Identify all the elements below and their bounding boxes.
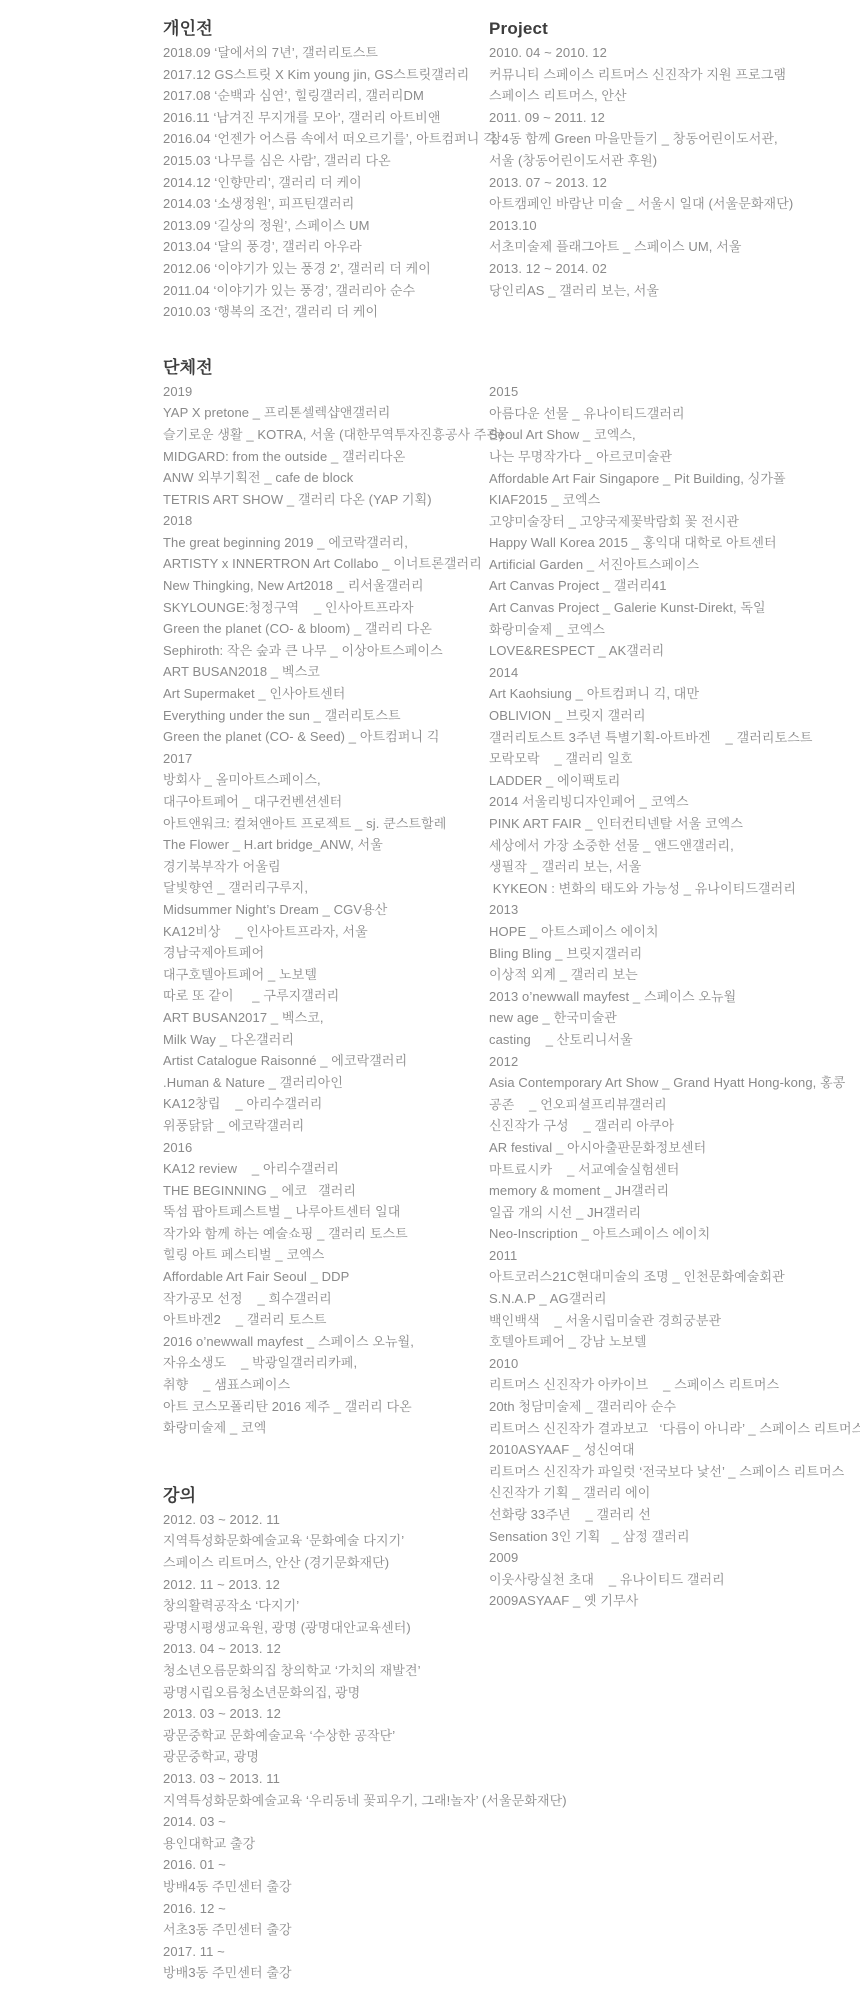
group-exhibition-entry: The great beginning 2019 _ 에코락갤러리,	[163, 532, 493, 554]
group-exhibition-entry: Artist Catalogue Raisonné _ 에코락갤러리	[163, 1050, 493, 1072]
group-exhibition-entry: 세상에서 가장 소중한 선물 _ 앤드앤갤러리,	[489, 835, 854, 857]
group-exhibition-entry: 2016 o’newwall mayfest _ 스페이스 오뉴월,	[163, 1331, 493, 1353]
group-exhibition-entry: 위풍닭닭 _ 에코락갤러리	[163, 1115, 493, 1137]
group-exhibition-entry: Green the planet (CO- & Seed) _ 아트컴퍼니 긱	[163, 726, 493, 748]
lecture-entry: 창의활력공작소 ‘다지기’	[163, 1595, 493, 1617]
lecture-entry: 2013. 03 ~ 2013. 11	[163, 1768, 493, 1790]
group-exhibition-entry: memory & moment _ JH갤러리	[489, 1180, 854, 1202]
solo-exhibition-entry: 2010.03 ‘행복의 조건’, 갤러리 더 케이	[163, 301, 493, 323]
group-exhibition-entry: KA12 review _ 아리수갤러리	[163, 1158, 493, 1180]
group-exhibition-entry: YAP X pretone _ 프리톤셀렉샵앤갤러리	[163, 402, 493, 424]
lecture-entry: 용인대학교 출강	[163, 1833, 493, 1855]
solo-exhibition-entry: 2014.03 ‘소생정원’, 피프틴갤러리	[163, 193, 493, 215]
group-exhibition-entry: 2014 서울리빙디자인페어 _ 코엑스	[489, 791, 854, 813]
group-exhibition-entry: Midsummer Night’s Dream _ CGV용산	[163, 899, 493, 921]
group-exhibition-entry: Seoul Art Show _ 코엑스,	[489, 424, 854, 446]
group-exhibition-entry: Affordable Art Fair Seoul _ DDP	[163, 1266, 493, 1288]
solo-exhibition-entry: 2016.04 ‘언젠가 어스름 속에서 떠오르기를’, 아트컴퍼니 긱	[163, 128, 493, 150]
group-exhibition-entry: Sephiroth: 작은 숲과 큰 나무 _ 이상아트스페이스	[163, 640, 493, 662]
group-exhibition-entry: The Flower _ H.art bridge_ANW, 서울	[163, 834, 493, 856]
group-exhibition-entry: .Human & Nature _ 갤러리아인	[163, 1072, 493, 1094]
group-exhibition-entry: 2009	[489, 1547, 854, 1569]
group-exhibition-entry: OBLIVION _ 브릿지 갤러리	[489, 705, 854, 727]
group-exhibition-entry: 2015	[489, 381, 854, 403]
lectures-title: 강의	[163, 1483, 493, 1509]
project-entry: 스페이스 리트머스, 안산	[489, 85, 854, 107]
section-projects: Project 2010. 04 ~ 2010. 12커뮤니티 스페이스 리트머…	[489, 16, 854, 301]
lecture-entry: 광문중학교, 광명	[163, 1746, 493, 1768]
group-exhibition-entry: 신진작가 기획 _ 갤러리 에이	[489, 1482, 854, 1504]
group-exhibition-entry: KA12창립 _ 아리수갤러리	[163, 1093, 493, 1115]
column-left: 개인전 2018.09 ‘달에서의 7년’, 갤러리토스트2017.12 GS스…	[163, 16, 493, 1984]
solo-exhibition-entry: 2014.12 ‘인향만리’, 갤러리 더 케이	[163, 172, 493, 194]
group-exhibition-entry: 아트앤워크: 컬쳐앤아트 프로젝트 _ sj. 쿤스트할레	[163, 813, 493, 835]
group-exhibition-entry: 방회사 _ 올미아트스페이스,	[163, 769, 493, 791]
lecture-entry: 2012. 11 ~ 2013. 12	[163, 1574, 493, 1596]
lecture-entry: 방배4동 주민센터 출강	[163, 1876, 493, 1898]
group-exhibition-entry: 2013	[489, 899, 854, 921]
solo-exhibition-entry: 2013.09 ‘길상의 정원’, 스페이스 UM	[163, 215, 493, 237]
group-exhibition-entry: Asia Contemporary Art Show _ Grand Hyatt…	[489, 1072, 854, 1094]
group-exhibition-entry: MIDGARD: from the outside _ 갤러리다온	[163, 446, 493, 468]
group-exhibition-entry: 경기북부작가 어울림	[163, 856, 493, 878]
lecture-entry: 방배3동 주민센터 출강	[163, 1962, 493, 1984]
group-exhibition-entry: 호텔아트페어 _ 강남 노보텔	[489, 1331, 854, 1353]
group-exhibition-entry: 2016	[163, 1137, 493, 1159]
group-exhibition-entry: 2009ASYAAF _ 옛 기무사	[489, 1590, 854, 1612]
group-exhibition-entry: 생필작 _ 갤러리 보는, 서울	[489, 856, 854, 878]
group-exhibition-entry: 2017	[163, 748, 493, 770]
group-exhibition-entry: 화랑미술제 _ 코엑	[163, 1417, 493, 1439]
group-exhibition-entry: 대구아트페어 _ 대구컨벤션센터	[163, 791, 493, 813]
group-exhibition-entry: 리트머스 신진작가 아카이브 _ 스페이스 리트머스	[489, 1374, 854, 1396]
group-exhibition-entry: Art Kaohsiung _ 아트컴퍼니 긱, 대만	[489, 683, 854, 705]
group-exhibition-entry: 대구호텔아트페어 _ 노보텔	[163, 964, 493, 986]
group-exhibition-entry: 2010	[489, 1353, 854, 1375]
solo-exhibitions-title: 개인전	[163, 16, 493, 42]
group-exhibition-entry: KIAF2015 _ 코엑스	[489, 489, 854, 511]
group-exhibition-entry: 화랑미술제 _ 코엑스	[489, 619, 854, 641]
lecture-entry: 스페이스 리트머스, 안산 (경기문화재단)	[163, 1552, 493, 1574]
group-exhibition-entry: 나는 무명작가다 _ 아르코미술관	[489, 446, 854, 468]
group-exhibitions-title: 단체전	[163, 355, 493, 381]
projects-title: Project	[489, 16, 854, 42]
group-exhibition-entry: 2013 o’newwall mayfest _ 스페이스 오뉴월	[489, 986, 854, 1008]
section-lectures: 강의 2012. 03 ~ 2012. 11지역특성화문화예술교육 ‘문화예술 …	[163, 1483, 493, 1984]
group-exhibition-entry: 따로 또 같이 _ 구루지갤러리	[163, 985, 493, 1007]
group-exhibition-entry: SKYLOUNGE:청정구역 _ 인사아트프라자	[163, 597, 493, 619]
group-exhibition-entry: ART BUSAN2017 _ 벡스코,	[163, 1007, 493, 1029]
group-exhibition-entry: 작가공모 선정 _ 희수갤러리	[163, 1288, 493, 1310]
group-exhibition-entry: 아트 코스모폴리탄 2016 제주 _ 갤러리 다온	[163, 1396, 493, 1418]
lecture-entry: 청소년오름문화의집 창의학교 ‘가치의 재발견’	[163, 1660, 493, 1682]
project-entry: 서초미술제 플래그아트 _ 스페이스 UM, 서울	[489, 236, 854, 258]
project-entry: 당인리AS _ 갤러리 보는, 서울	[489, 280, 854, 302]
group-exhibition-entry: 신진작가 구성 _ 갤러리 아쿠아	[489, 1115, 854, 1137]
group-exhibition-entry: 리트머스 신진작가 파일럿 ‘전국보다 낯선’ _ 스페이스 리트머스	[489, 1461, 854, 1483]
group-exhibition-entry: 2019	[163, 381, 493, 403]
group-exhibition-entry: PINK ART FAIR _ 인터컨티넨탈 서울 코엑스	[489, 813, 854, 835]
group-exhibition-entry: 2012	[489, 1051, 854, 1073]
group-exhibition-entry: 힐링 아트 페스티벌 _ 코엑스	[163, 1244, 493, 1266]
lecture-entry: 서초3동 주민센터 출강	[163, 1919, 493, 1941]
lectures-list: 2012. 03 ~ 2012. 11지역특성화문화예술교육 ‘문화예술 다지기…	[163, 1509, 493, 1984]
section-solo-exhibitions: 개인전 2018.09 ‘달에서의 7년’, 갤러리토스트2017.12 GS스…	[163, 16, 493, 323]
group-exhibition-entry: 이상적 외계 _ 갤러리 보는	[489, 964, 854, 986]
solo-exhibition-entry: 2013.04 ‘달의 풍경’, 갤러리 아우라	[163, 236, 493, 258]
group-exhibition-entry: 이웃사랑실천 초대 _ 유나이티드 갤러리	[489, 1569, 854, 1591]
group-exhibition-entry: 아트바겐2 _ 갤러리 토스트	[163, 1309, 493, 1331]
lecture-entry: 광명시평생교육원, 광명 (광명대안교육센터)	[163, 1617, 493, 1639]
lecture-entry: 광문중학교 문화예술교육 ‘수상한 공작단’	[163, 1725, 493, 1747]
group-exhibition-entry: 취향 _ 샘표스페이스	[163, 1374, 493, 1396]
group-exhibition-entry: 작가와 함께 하는 예술쇼핑 _ 갤러리 토스트	[163, 1223, 493, 1245]
group-exhibition-entry: 리트머스 신진작가 결과보고 ‘다름이 아니라’ _ 스페이스 리트머스	[489, 1418, 854, 1440]
group-exhibition-entry: KA12비상 _ 인사아트프라자, 서울	[163, 921, 493, 943]
group-exhibition-entry: Art Canvas Project _ 갤러리41	[489, 575, 854, 597]
group-exhibition-entry: S.N.A.P _ AG갤러리	[489, 1288, 854, 1310]
group-exhibition-entry: LADDER _ 에이팩토리	[489, 770, 854, 792]
group-exhibition-entry: TETRIS ART SHOW _ 갤러리 다온 (YAP 기획)	[163, 489, 493, 511]
group-exhibition-entry: AR festival _ 아시아출판문화정보센터	[489, 1137, 854, 1159]
group-exhibition-entry: ARTISTY x INNERTRON Art Collabo _ 이너트론갤러…	[163, 553, 493, 575]
lecture-entry: 2014. 03 ~	[163, 1811, 493, 1833]
section-group-exhibitions: 단체전 2019YAP X pretone _ 프리톤셀렉샵앤갤러리슬기로운 생…	[163, 355, 493, 1439]
artist-cv-document: 개인전 2018.09 ‘달에서의 7년’, 갤러리토스트2017.12 GS스…	[0, 0, 860, 2015]
group-exhibition-entry: 슬기로운 생활 _ KOTRA, 서울 (대한무역투자진흥공사 주관)	[163, 424, 493, 446]
group-exhibition-entry: Neo-Inscription _ 아트스페이스 에이치	[489, 1223, 854, 1245]
lecture-entry: 지역특성화문화예술교육 ‘문화예술 다지기’	[163, 1530, 493, 1552]
solo-exhibition-entry: 2017.08 ‘순백과 심연’, 힐링갤러리, 갤러리DM	[163, 85, 493, 107]
lecture-entry: 2016. 12 ~	[163, 1898, 493, 1920]
solo-exhibition-entry: 2018.09 ‘달에서의 7년’, 갤러리토스트	[163, 42, 493, 64]
group-exhibition-entry: 달빛향연 _ 갤러리구루지,	[163, 877, 493, 899]
project-entry: 2013.10	[489, 215, 854, 237]
project-entry: 2011. 09 ~ 2011. 12	[489, 107, 854, 129]
group-exhibition-entry: 공존 _ 언오피셜프리뷰갤러리	[489, 1094, 854, 1116]
group-exhibition-entry: 마트료시카 _ 서교예술실험센터	[489, 1159, 854, 1181]
project-entry: 서울 (창동어린이도서관 후원)	[489, 150, 854, 172]
project-entry: 창4동 함께 Green 마을만들기 _ 창동어린이도서관,	[489, 128, 854, 150]
group-exhibitions-list-right: 2015아름다운 선물 _ 유나이티드갤러리Seoul Art Show _ 코…	[489, 381, 854, 1612]
project-entry: 2013. 07 ~ 2013. 12	[489, 172, 854, 194]
lecture-entry: 2017. 11 ~	[163, 1941, 493, 1963]
group-exhibition-entry: 일곱 개의 시선 _ JH갤러리	[489, 1202, 854, 1224]
group-exhibition-entry: Happy Wall Korea 2015 _ 홍익대 대학로 아트센터	[489, 532, 854, 554]
group-exhibition-entry: 2014	[489, 662, 854, 684]
solo-exhibitions-list: 2018.09 ‘달에서의 7년’, 갤러리토스트2017.12 GS스트릿 X…	[163, 42, 493, 323]
group-exhibition-entry: 20th 청담미술제 _ 갤러리아 순수	[489, 1396, 854, 1418]
group-exhibition-entry: 2018	[163, 510, 493, 532]
group-exhibition-entry: LOVE&RESPECT _ AK갤러리	[489, 640, 854, 662]
group-exhibition-entry: Art Supermaket _ 인사아트센터	[163, 683, 493, 705]
lecture-entry: 2012. 03 ~ 2012. 11	[163, 1509, 493, 1531]
group-exhibition-entry: 백인백색 _ 서울시립미술관 경희궁분관	[489, 1310, 854, 1332]
group-exhibition-entry: 2011	[489, 1245, 854, 1267]
solo-exhibition-entry: 2017.12 GS스트릿 X Kim young jin, GS스트릿갤러리	[163, 64, 493, 86]
solo-exhibition-entry: 2012.06 ‘이야기가 있는 풍경 2’, 갤러리 더 케이	[163, 258, 493, 280]
group-exhibition-entry: Affordable Art Fair Singapore _ Pit Buil…	[489, 468, 854, 490]
group-exhibition-entry: ART BUSAN2018 _ 벡스코	[163, 661, 493, 683]
group-exhibition-entry: Sensation 3인 기획 _ 삼정 갤러리	[489, 1526, 854, 1548]
projects-list: 2010. 04 ~ 2010. 12커뮤니티 스페이스 리트머스 신진작가 지…	[489, 42, 854, 301]
solo-exhibition-entry: 2015.03 ‘나무를 심은 사람’, 갤러리 다온	[163, 150, 493, 172]
lecture-entry: 2013. 04 ~ 2013. 12	[163, 1638, 493, 1660]
group-exhibitions-list-left: 2019YAP X pretone _ 프리톤셀렉샵앤갤러리슬기로운 생활 _ …	[163, 381, 493, 1439]
group-exhibition-entry: 뚝섬 팝아트페스트벌 _ 나루아트센터 일대	[163, 1201, 493, 1223]
group-exhibition-entry: Artificial Garden _ 서진아트스페이스	[489, 554, 854, 576]
lecture-entry: 2016. 01 ~	[163, 1854, 493, 1876]
project-entry: 2013. 12 ~ 2014. 02	[489, 258, 854, 280]
group-exhibition-entry: 갤러리토스트 3주년 특별기획-아트바겐 _ 갤러리토스트	[489, 727, 854, 749]
group-exhibition-entry: 아름다운 선물 _ 유나이티드갤러리	[489, 403, 854, 425]
group-exhibition-entry: 아트코러스21C현대미술의 조명 _ 인천문화예술회관	[489, 1266, 854, 1288]
column-right: Project 2010. 04 ~ 2010. 12커뮤니티 스페이스 리트머…	[489, 16, 854, 1612]
project-entry: 커뮤니티 스페이스 리트머스 신진작가 지원 프로그램	[489, 64, 854, 86]
group-exhibition-entry: KYKEON : 변화의 태도와 가능성 _ 유나이티드갤러리	[489, 878, 854, 900]
lecture-entry: 2013. 03 ~ 2013. 12	[163, 1703, 493, 1725]
group-exhibition-entry: THE BEGINNING _ 에코 갤러리	[163, 1180, 493, 1202]
group-exhibition-entry: Green the planet (CO- & bloom) _ 갤러리 다온	[163, 618, 493, 640]
group-exhibition-entry: 고양미술장터 _ 고양국제꽃박람회 꽃 전시관	[489, 511, 854, 533]
group-exhibition-entry: 2010ASYAAF _ 성신여대	[489, 1439, 854, 1461]
solo-exhibition-entry: 2011.04 ‘이야기가 있는 풍경’, 갤러리아 순수	[163, 280, 493, 302]
group-exhibition-entry: 선화랑 33주년 _ 갤러리 선	[489, 1504, 854, 1526]
group-exhibition-entry: ANW 외부기획전 _ cafe de block	[163, 467, 493, 489]
group-exhibition-entry: Bling Bling _ 브릿지갤러리	[489, 943, 854, 965]
lecture-entry: 광명시립오름청소년문화의집, 광명	[163, 1682, 493, 1704]
group-exhibition-entry: new age _ 한국미술관	[489, 1007, 854, 1029]
group-exhibition-entry: Art Canvas Project _ Galerie Kunst-Direk…	[489, 597, 854, 619]
group-exhibition-entry: casting _ 산토리니서울	[489, 1029, 854, 1051]
group-exhibition-entry: 자유소생도 _ 박광일갤러리카페,	[163, 1352, 493, 1374]
solo-exhibition-entry: 2016.11 ‘남겨진 무지개를 모아’, 갤러리 아트비앤	[163, 107, 493, 129]
group-exhibition-entry: Milk Way _ 다온갤러리	[163, 1029, 493, 1051]
project-entry: 아트캠페인 바람난 미술 _ 서울시 일대 (서울문화재단)	[489, 193, 854, 215]
group-exhibition-entry: Everything under the sun _ 갤러리토스트	[163, 705, 493, 727]
lecture-entry: 지역특성화문화예술교육 ‘우리동네 꽃피우기, 그래!놀자’ (서울문화재단)	[163, 1790, 493, 1812]
group-exhibition-entry: 경남국제아트페어	[163, 942, 493, 964]
group-exhibition-entry: HOPE _ 아트스페이스 에이치	[489, 921, 854, 943]
group-exhibition-entry: New Thingking, New Art2018 _ 리서울갤러리	[163, 575, 493, 597]
group-exhibition-entry: 모락모락 _ 갤러리 일호	[489, 748, 854, 770]
project-entry: 2010. 04 ~ 2010. 12	[489, 42, 854, 64]
